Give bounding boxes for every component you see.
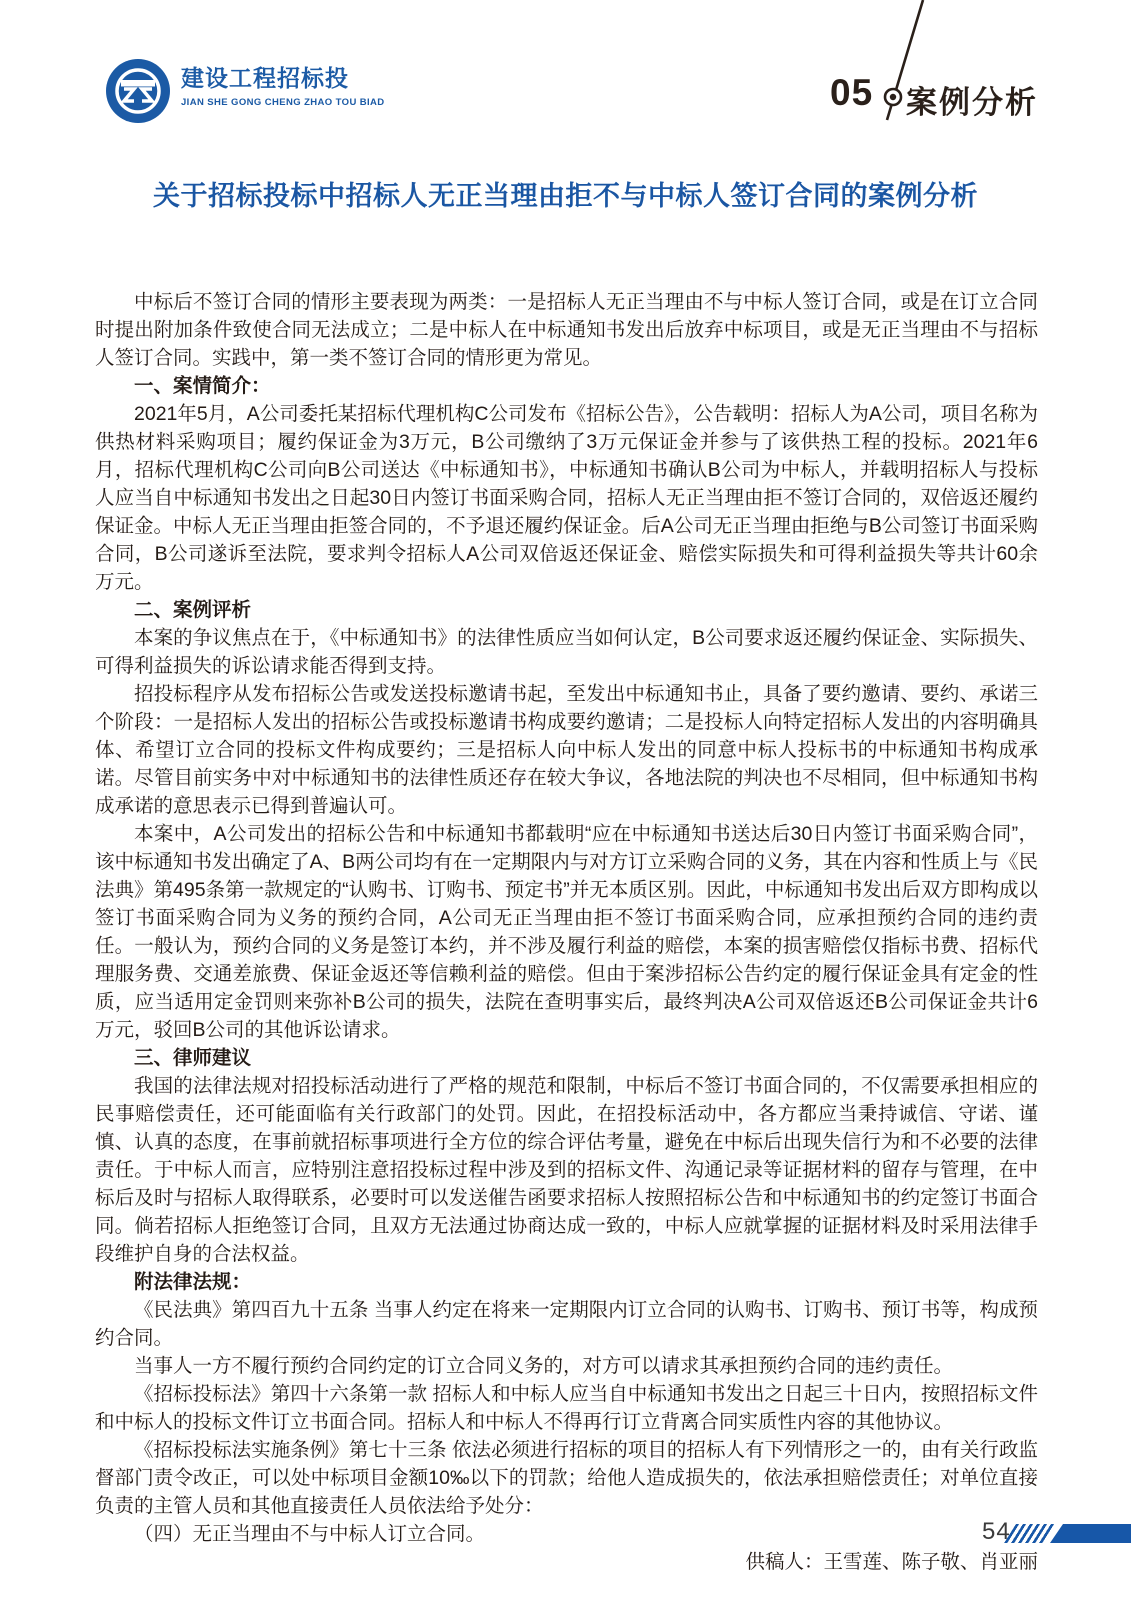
- section-heading: 附法律法规：: [95, 1268, 1038, 1296]
- document-page: 建设工程招标投 JIAN SHE GONG CHENG ZHAO TOU BIA…: [0, 0, 1131, 1600]
- paragraph: 本案中，A公司发出的招标公告和中标通知书都载明“应在中标通知书送达后30日内签订…: [95, 820, 1038, 1044]
- paragraph: 招投标程序从发布招标公告或发送投标邀请书起，至发出中标通知书止，具备了要约邀请、…: [95, 680, 1038, 820]
- paragraph: 2021年5月，A公司委托某招标代理机构C公司发布《招标公告》，公告载明：招标人…: [95, 400, 1038, 596]
- paragraph: 中标后不签订合同的情形主要表现为两类：一是招标人无正当理由不与中标人签订合同，或…: [95, 288, 1038, 372]
- article-body: 中标后不签订合同的情形主要表现为两类：一是招标人无正当理由不与中标人签订合同，或…: [95, 288, 1038, 1576]
- paragraph: 《招标投标法实施条例》第七十三条 依法必须进行招标的项目的招标人有下列情形之一的…: [95, 1436, 1038, 1520]
- byline: 供稿人：王雪莲、陈子敬、肖亚丽: [95, 1548, 1038, 1576]
- paragraph: 我国的法律法规对招投标活动进行了严格的规范和限制，中标后不签订书面合同的，不仅需…: [95, 1072, 1038, 1268]
- zts-monogram-circle-icon: [106, 59, 170, 123]
- article-title: 关于招标投标中招标人无正当理由拒不与中标人签订合同的案例分析: [0, 174, 1131, 213]
- paragraph: 《招标投标法》第四十六条第一款 招标人和中标人应当自中标通知书发出之日起三十日内…: [95, 1380, 1038, 1436]
- paragraph: 当事人一方不履行预约合同约定的订立合同义务的，对方可以请求其承担预约合同的违约责…: [95, 1352, 1038, 1380]
- footer-bar: [1050, 1524, 1131, 1543]
- section-number: 05: [830, 72, 873, 114]
- brand-pinyin: JIAN SHE GONG CHENG ZHAO TOU BIAD: [181, 97, 385, 108]
- brand-logo: 建设工程招标投 JIAN SHE GONG CHENG ZHAO TOU BIA…: [106, 59, 385, 123]
- section-heading: 二、案例评析: [95, 596, 1038, 624]
- section-heading: 一、案情简介：: [95, 372, 1038, 400]
- brand-text: 建设工程招标投 JIAN SHE GONG CHENG ZHAO TOU BIA…: [181, 59, 385, 108]
- paragraph: 《民法典》第四百九十五条 当事人约定在将来一定期限内订立合同的认购书、订购书、预…: [95, 1296, 1038, 1352]
- paragraph: 本案的争议焦点在于，《中标通知书》的法律性质应当如何认定，B公司要求返还履约保证…: [95, 624, 1038, 680]
- paragraph: （四）无正当理由不与中标人订立合同。: [95, 1520, 1038, 1548]
- section-title: 案例分析: [906, 77, 1038, 122]
- brand-name: 建设工程招标投: [181, 65, 385, 93]
- section-heading: 三、律师建议: [95, 1044, 1038, 1072]
